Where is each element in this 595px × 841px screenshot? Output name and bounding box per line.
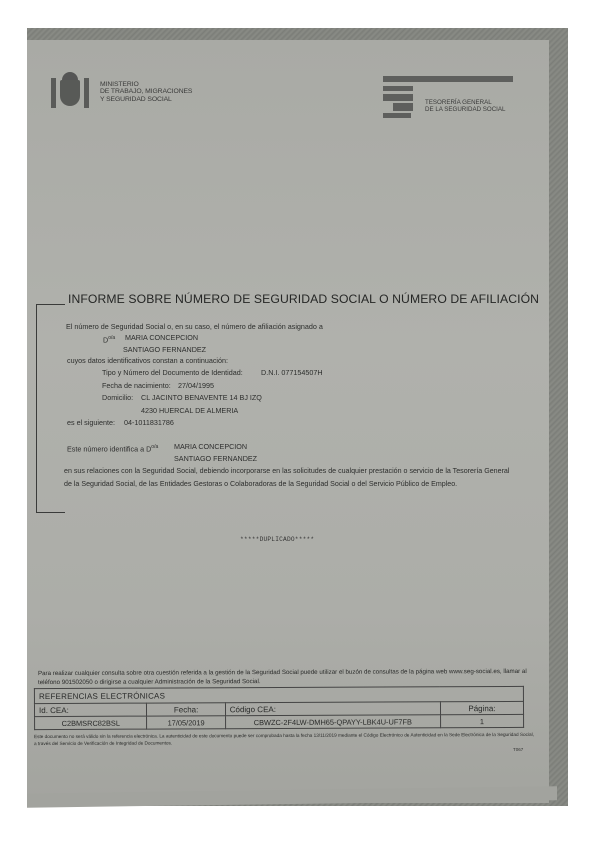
- identifies-surnames: SANTIAGO FERNANDEZ: [174, 454, 257, 464]
- identifies-given-name: MARIA CONCEPCION: [174, 442, 247, 452]
- fecha-value: 17/05/2019: [147, 716, 225, 729]
- number-label: es el siguiente:: [67, 418, 115, 428]
- tgss-logo-icon: [383, 76, 513, 82]
- doc-label: Tipo y Número del Documento de Identidad…: [102, 368, 243, 378]
- pagina-value: 1: [440, 714, 523, 727]
- section-bracket: [36, 304, 65, 513]
- codigo-cea-value: CBWZC-2F4LW-DMH65-QPAYY-LBK4U-UF7FB: [225, 715, 440, 729]
- details-intro: cuyos datos identificativos constan a co…: [67, 356, 228, 366]
- page-title: INFORME SOBRE NÚMERO DE SEGURIDAD SOCIAL…: [68, 292, 539, 306]
- coat-of-arms-icon: [48, 70, 92, 114]
- address-line2: 4230 HUERCAL DE ALMERIA: [141, 406, 238, 416]
- ministry-logo: MINISTERIO DE TRABAJO, MIGRACIONES Y SEG…: [48, 70, 192, 114]
- birth-value: 27/04/1995: [178, 381, 214, 391]
- form-code: T067: [513, 747, 523, 752]
- relations-paragraph: en sus relaciones con la Seguridad Socia…: [64, 465, 514, 490]
- ministry-name: MINISTERIO DE TRABAJO, MIGRACIONES Y SEG…: [100, 81, 192, 104]
- ss-number: 04-1011831786: [124, 418, 174, 428]
- birth-label: Fecha de nacimiento:: [102, 381, 171, 391]
- address-label: Domicilio:: [102, 393, 133, 403]
- person-surnames: SANTIAGO FERNANDEZ: [123, 345, 206, 355]
- header-id-cea: Id. CEA:: [34, 703, 147, 716]
- validity-disclaimer: Este documento no será válido sin la ref…: [34, 732, 534, 747]
- intro-text: El número de Seguridad Social o, en su c…: [66, 322, 323, 332]
- contact-info: Para realizar cualquier consulta sobre o…: [38, 668, 538, 687]
- honorific: Do/a: [103, 333, 115, 345]
- address-line1: CL JACINTO BENAVENTE 14 BJ IZQ: [141, 393, 262, 403]
- header-codigo-cea: Código CEA:: [225, 702, 440, 716]
- electronic-references-table: REFERENCIAS ELECTRÓNICAS Id. CEA: Fecha:…: [34, 686, 524, 730]
- identifies-label: Este número identifica a Do/a: [67, 442, 158, 454]
- id-cea-value: C2BMSRC82BSL: [35, 716, 148, 729]
- person-given-name: MARIA CONCEPCION: [125, 333, 198, 343]
- treasury-name: TESORERÍA GENERAL DE LA SEGURIDAD SOCIAL: [425, 99, 505, 113]
- doc-value: D.N.I. 077154507H: [261, 368, 323, 378]
- duplicate-stamp: *****DUPLICADO*****: [240, 536, 314, 543]
- header-fecha: Fecha:: [147, 703, 225, 716]
- header-pagina: Página:: [440, 701, 523, 714]
